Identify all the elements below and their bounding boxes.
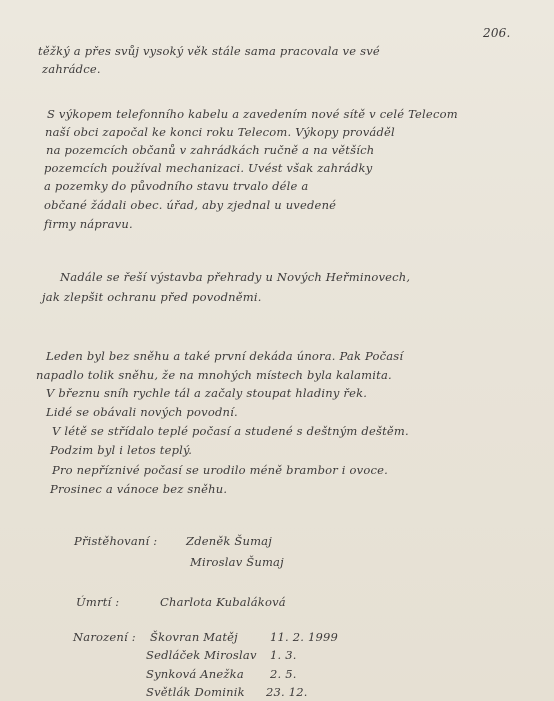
birth-date: 1. 3. [270, 648, 297, 662]
moved-in-label: Přistěhovaní : [74, 534, 157, 548]
text-line: na pozemcích občanů v zahrádkách ručně a… [46, 143, 374, 157]
text-line: občané žádali obec. úřad, aby zjednal u … [44, 198, 336, 212]
page-number: 206. [483, 26, 511, 40]
birth-name: Škovran Matěj [150, 630, 238, 644]
text-line: S výkopem telefonního kabelu a zavedením… [47, 107, 458, 121]
text-line: těžký a přes svůj vysoký věk stále sama … [38, 44, 380, 58]
births-label: Narození : [73, 630, 136, 644]
death-name: Charlota Kubaláková [160, 595, 286, 609]
text-line: V létě se střídalo teplé počasí a studen… [52, 424, 409, 438]
moved-in-name: Miroslav Šumaj [190, 555, 284, 569]
text-line: V březnu sníh rychle tál a začaly stoupa… [46, 386, 367, 400]
text-line: firmy nápravu. [44, 217, 133, 231]
deaths-label: Úmrtí : [76, 595, 119, 609]
birth-date: 23. 12. [266, 685, 308, 699]
moved-in-name: Zdeněk Šumaj [186, 534, 272, 548]
text-line: napadlo tolik sněhu, že na mnohých míste… [36, 368, 392, 382]
text-line: naší obci započal ke konci roku Telecom.… [45, 125, 395, 139]
text-line: Prosinec a vánoce bez sněhu. [50, 482, 227, 496]
text-line: zahrádce. [42, 62, 101, 76]
birth-name: Světlák Dominik [146, 685, 245, 699]
text-line: jak zlepšit ochranu před povodněmi. [42, 290, 262, 304]
text-line: Pro nepříznivé počasí se urodilo méně br… [52, 463, 388, 477]
text-line: Lidé se obávali nových povodní. [46, 405, 238, 419]
birth-name: Sedláček Miroslav [146, 648, 257, 662]
text-line: pozemcích používal mechanizaci. Uvést vš… [44, 161, 372, 175]
text-line: Leden byl bez sněhu a také první dekáda … [46, 349, 403, 363]
birth-date: 2. 5. [270, 667, 297, 681]
text-line: Podzim byl i letos teplý. [50, 443, 192, 457]
birth-name: Synková Anežka [146, 667, 244, 681]
birth-date: 11. 2. 1999 [270, 630, 338, 644]
chronicle-page: 206. těžký a přes svůj vysoký věk stále … [0, 0, 554, 701]
text-line: a pozemky do původního stavu trvalo déle… [44, 179, 308, 193]
text-line: Nadále se řeší výstavba přehrady u Novýc… [60, 270, 410, 284]
